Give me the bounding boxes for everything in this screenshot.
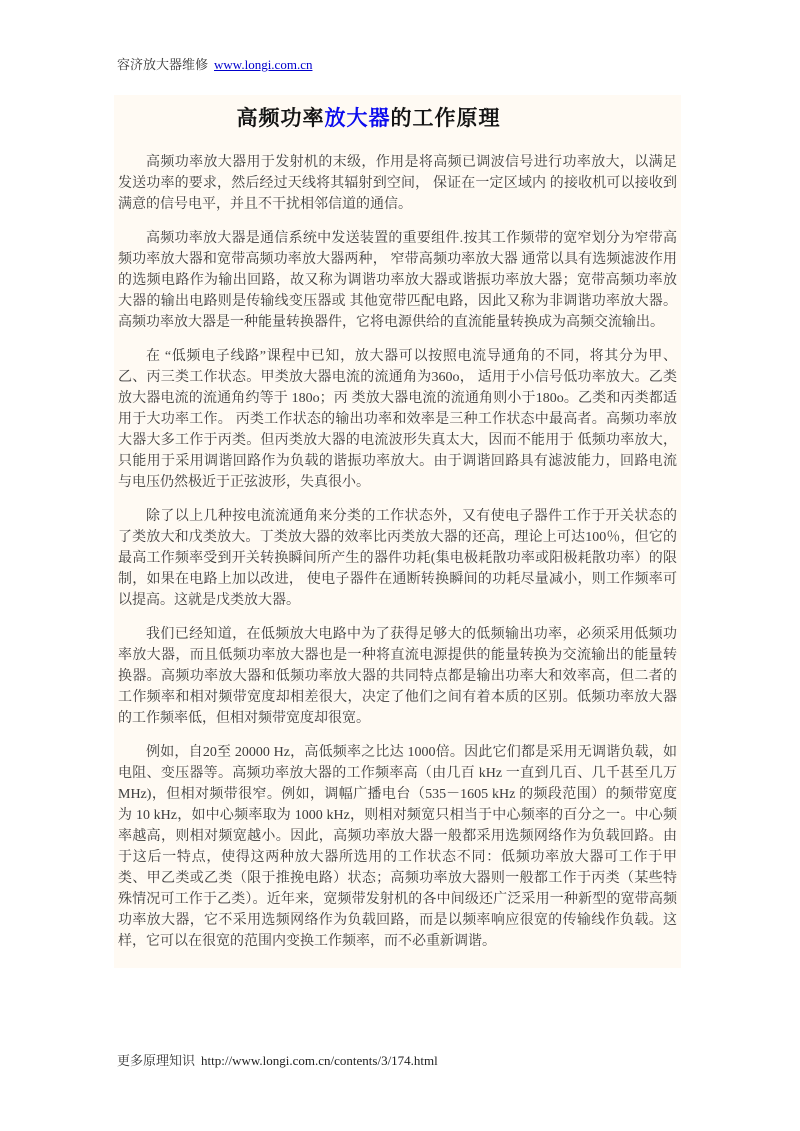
page-header: 容济放大器维修www.longi.com.cn	[117, 54, 312, 73]
page-footer: 更多原理知识http://www.longi.com.cn/contents/3…	[117, 1050, 438, 1069]
document-body: 高频功率放大器的工作原理 高频功率放大器用于发射机的末级，作用是将高频已调波信号…	[114, 95, 681, 968]
site-url-link[interactable]: www.longi.com.cn	[214, 57, 312, 72]
paragraph: 我们已经知道，在低频放大电路中为了获得足够大的低频输出功率，必须采用低频功率放大…	[118, 624, 677, 729]
footer-url: http://www.longi.com.cn/contents/3/174.h…	[201, 1053, 438, 1068]
paragraph: 例如，自20至 20000 Hz，高低频率之比达 1000倍。因此它们都是采用无…	[118, 742, 677, 952]
document-page: 容济放大器维修www.longi.com.cn 高频功率放大器的工作原理 高频功…	[0, 0, 800, 1131]
footer-label: 更多原理知识	[117, 1053, 195, 1068]
paragraph-block: 高频功率放大器用于发射机的末级，作用是将高频已调波信号进行功率放大，以满足发送功…	[118, 152, 677, 952]
title-prefix: 高频功率	[237, 106, 325, 130]
page-title: 高频功率放大器的工作原理	[118, 103, 677, 133]
paragraph: 除了以上几种按电流流通角来分类的工作状态外，又有使电子器件工作于开关状态的了类放…	[118, 506, 677, 611]
site-name: 容济放大器维修	[117, 57, 208, 72]
paragraph: 在 “低频电子线路”课程中已知，放大器可以按照电流导通角的不同，将其分为甲、乙、…	[118, 346, 677, 493]
title-highlight: 放大器	[325, 106, 391, 130]
paragraph: 高频功率放大器是通信系统中发送装置的重要组件.按其工作频带的宽窄划分为窄带高频功…	[118, 228, 677, 333]
title-suffix: 的工作原理	[391, 106, 501, 130]
paragraph: 高频功率放大器用于发射机的末级，作用是将高频已调波信号进行功率放大，以满足发送功…	[118, 152, 677, 215]
